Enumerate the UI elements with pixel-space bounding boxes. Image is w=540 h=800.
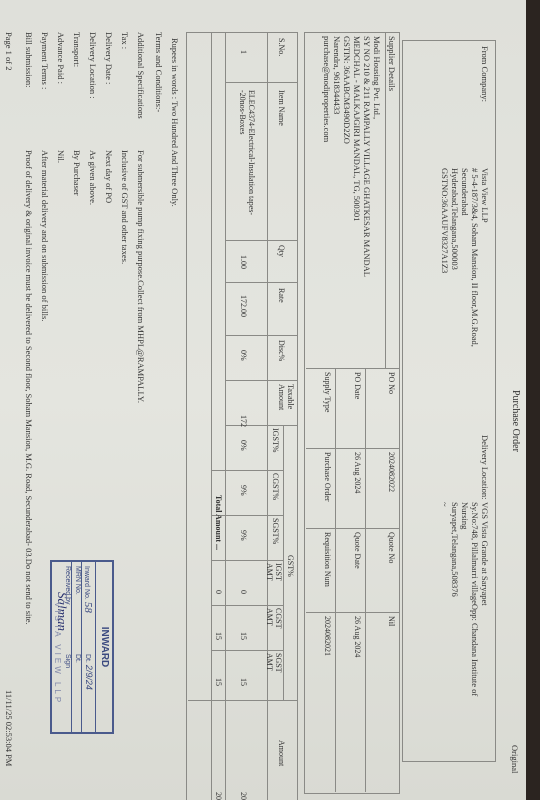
stamp-mrn-date: Dt. (74, 654, 81, 663)
rupees-in-words: Rupees in words : Two Hundred And Three … (170, 38, 180, 207)
stamp-inward-no: Inward No. 58 (82, 566, 94, 613)
row-igst-amt: 0 (239, 590, 248, 594)
inward-stamp: INWARD Inward No. 58 Dt. 2/9/24 MRN No. … (50, 560, 114, 734)
page-number: Page 1 of 2 (4, 32, 14, 70)
row-amount: 203 (239, 792, 248, 800)
header-rate: Rate (277, 288, 286, 303)
term-value: Nil. (56, 150, 66, 163)
header-disc: Disc% (277, 340, 286, 361)
stamp-date: Dt. 2/9/24 (84, 654, 94, 690)
header-amount: Amount (277, 740, 286, 766)
from-company-address: Vista View LLP # 5-4-187/3&4, Soham Mans… (440, 168, 490, 347)
from-company-label: From Company: (480, 46, 490, 102)
total-cgst-amt: 15 (214, 632, 223, 640)
print-timestamp: 11/11/25 02:53:04 PM (4, 690, 14, 766)
total-sgst-amt: 15 (214, 678, 223, 686)
term-label: Advance Paid : (56, 32, 66, 84)
supplier-address: Modi Housing Pvt. Ltd., SY NO 210 & 211 … (322, 36, 382, 277)
header-item-name: Item Name (277, 90, 286, 126)
row-item-name: ELEC4374-Electrical-Insulation tapes--20… (238, 90, 256, 235)
po-info-label: Supply Type (323, 372, 332, 412)
po-info-label: PO Date (353, 372, 362, 399)
rotated-document: Purchase Order Original From Company: Vi… (0, 0, 540, 800)
po-info-value2: 26 Aug 2024 (353, 616, 362, 657)
term-value: For submersible pump fixing purpose.Coll… (136, 150, 146, 403)
header-cgst-amt: CGST AMT (265, 608, 283, 638)
stamp-company: VISTA VIEW LLP (53, 602, 62, 705)
po-info-value2: 2024082021 (323, 616, 332, 656)
term-value: By Purchaser (72, 150, 82, 196)
row-rate: 172.00 (239, 295, 248, 317)
term-label: Payment Terms : (40, 32, 50, 89)
term-value: Inclusive of GST and other taxes. (120, 150, 130, 264)
po-info-label2: Quote Date (353, 532, 362, 569)
term-label: Bill submission: (24, 32, 34, 88)
document-title: Purchase Order (510, 390, 520, 452)
po-info-label2: Quote No (387, 532, 396, 563)
term-value: Next day of PO (104, 150, 114, 203)
term-value: After material delivery and on submissio… (40, 150, 50, 321)
total-amount: 203 (214, 792, 223, 800)
term-value: Proof of delivery & original invoice mus… (24, 150, 34, 625)
supplier-label: Supplier Details (387, 36, 397, 91)
total-igst-amt: 0 (214, 590, 223, 594)
total-label: Total Amount ... (214, 495, 223, 550)
term-label: Delivery Location : (88, 32, 98, 99)
header-taxable: Taxable Amount (277, 384, 295, 424)
copy-label: Original (510, 745, 520, 773)
row-sno: 1 (239, 50, 248, 54)
header-igst-amt: IGST AMT (265, 563, 283, 593)
po-info-value2: Nil (387, 616, 396, 626)
po-info-label2: Requisition Num (323, 532, 332, 587)
row-igst-pct: 0% (239, 440, 248, 451)
term-value: As given above. (88, 150, 98, 205)
delivery-location-address: VGS Vista Grande at Saryapet Sy.No:748, … (440, 502, 490, 696)
row-qty: 1.00 (239, 255, 248, 269)
header-cgst-pct: CGST% (271, 473, 280, 500)
po-info-value: 2024082022 (387, 452, 396, 492)
header-sno: S.No. (277, 38, 286, 56)
term-label: Delivery Date : (104, 32, 114, 84)
terms-title: Terms and Conditions:- (154, 32, 164, 112)
row-cgst-amt: 15 (239, 632, 248, 640)
purchase-order-page: Purchase Order Original From Company: Vi… (0, 0, 526, 800)
row-cgst-pct: 9% (239, 485, 248, 496)
delivery-location-label: Delivery Location: (480, 435, 490, 499)
header-qty: Qty (277, 245, 286, 257)
header-igst-pct: IGST% (271, 428, 280, 452)
term-label: Additional Specifications (136, 32, 146, 119)
stamp-sign-label: Sign (64, 654, 71, 668)
stamp-mrn: MRN No. (74, 566, 81, 595)
term-label: Transport: (72, 32, 82, 67)
header-sgst-amt: SGST AMT (265, 653, 283, 683)
row-disc: 0% (239, 350, 248, 361)
term-label: Tax : (120, 32, 130, 49)
row-sgst-amt: 15 (239, 678, 248, 686)
row-sgst-pct: 9% (239, 530, 248, 541)
header-sgst-pct: SGST% (271, 518, 280, 544)
row-taxable: 172 (239, 415, 248, 427)
po-info-label: PO No (387, 372, 396, 394)
header-gst-group: GST% (286, 555, 295, 577)
po-info-value: Purchase Order (323, 452, 332, 502)
po-info-value: 26 Aug 2024 (353, 452, 362, 493)
stamp-title: INWARD (95, 562, 112, 732)
